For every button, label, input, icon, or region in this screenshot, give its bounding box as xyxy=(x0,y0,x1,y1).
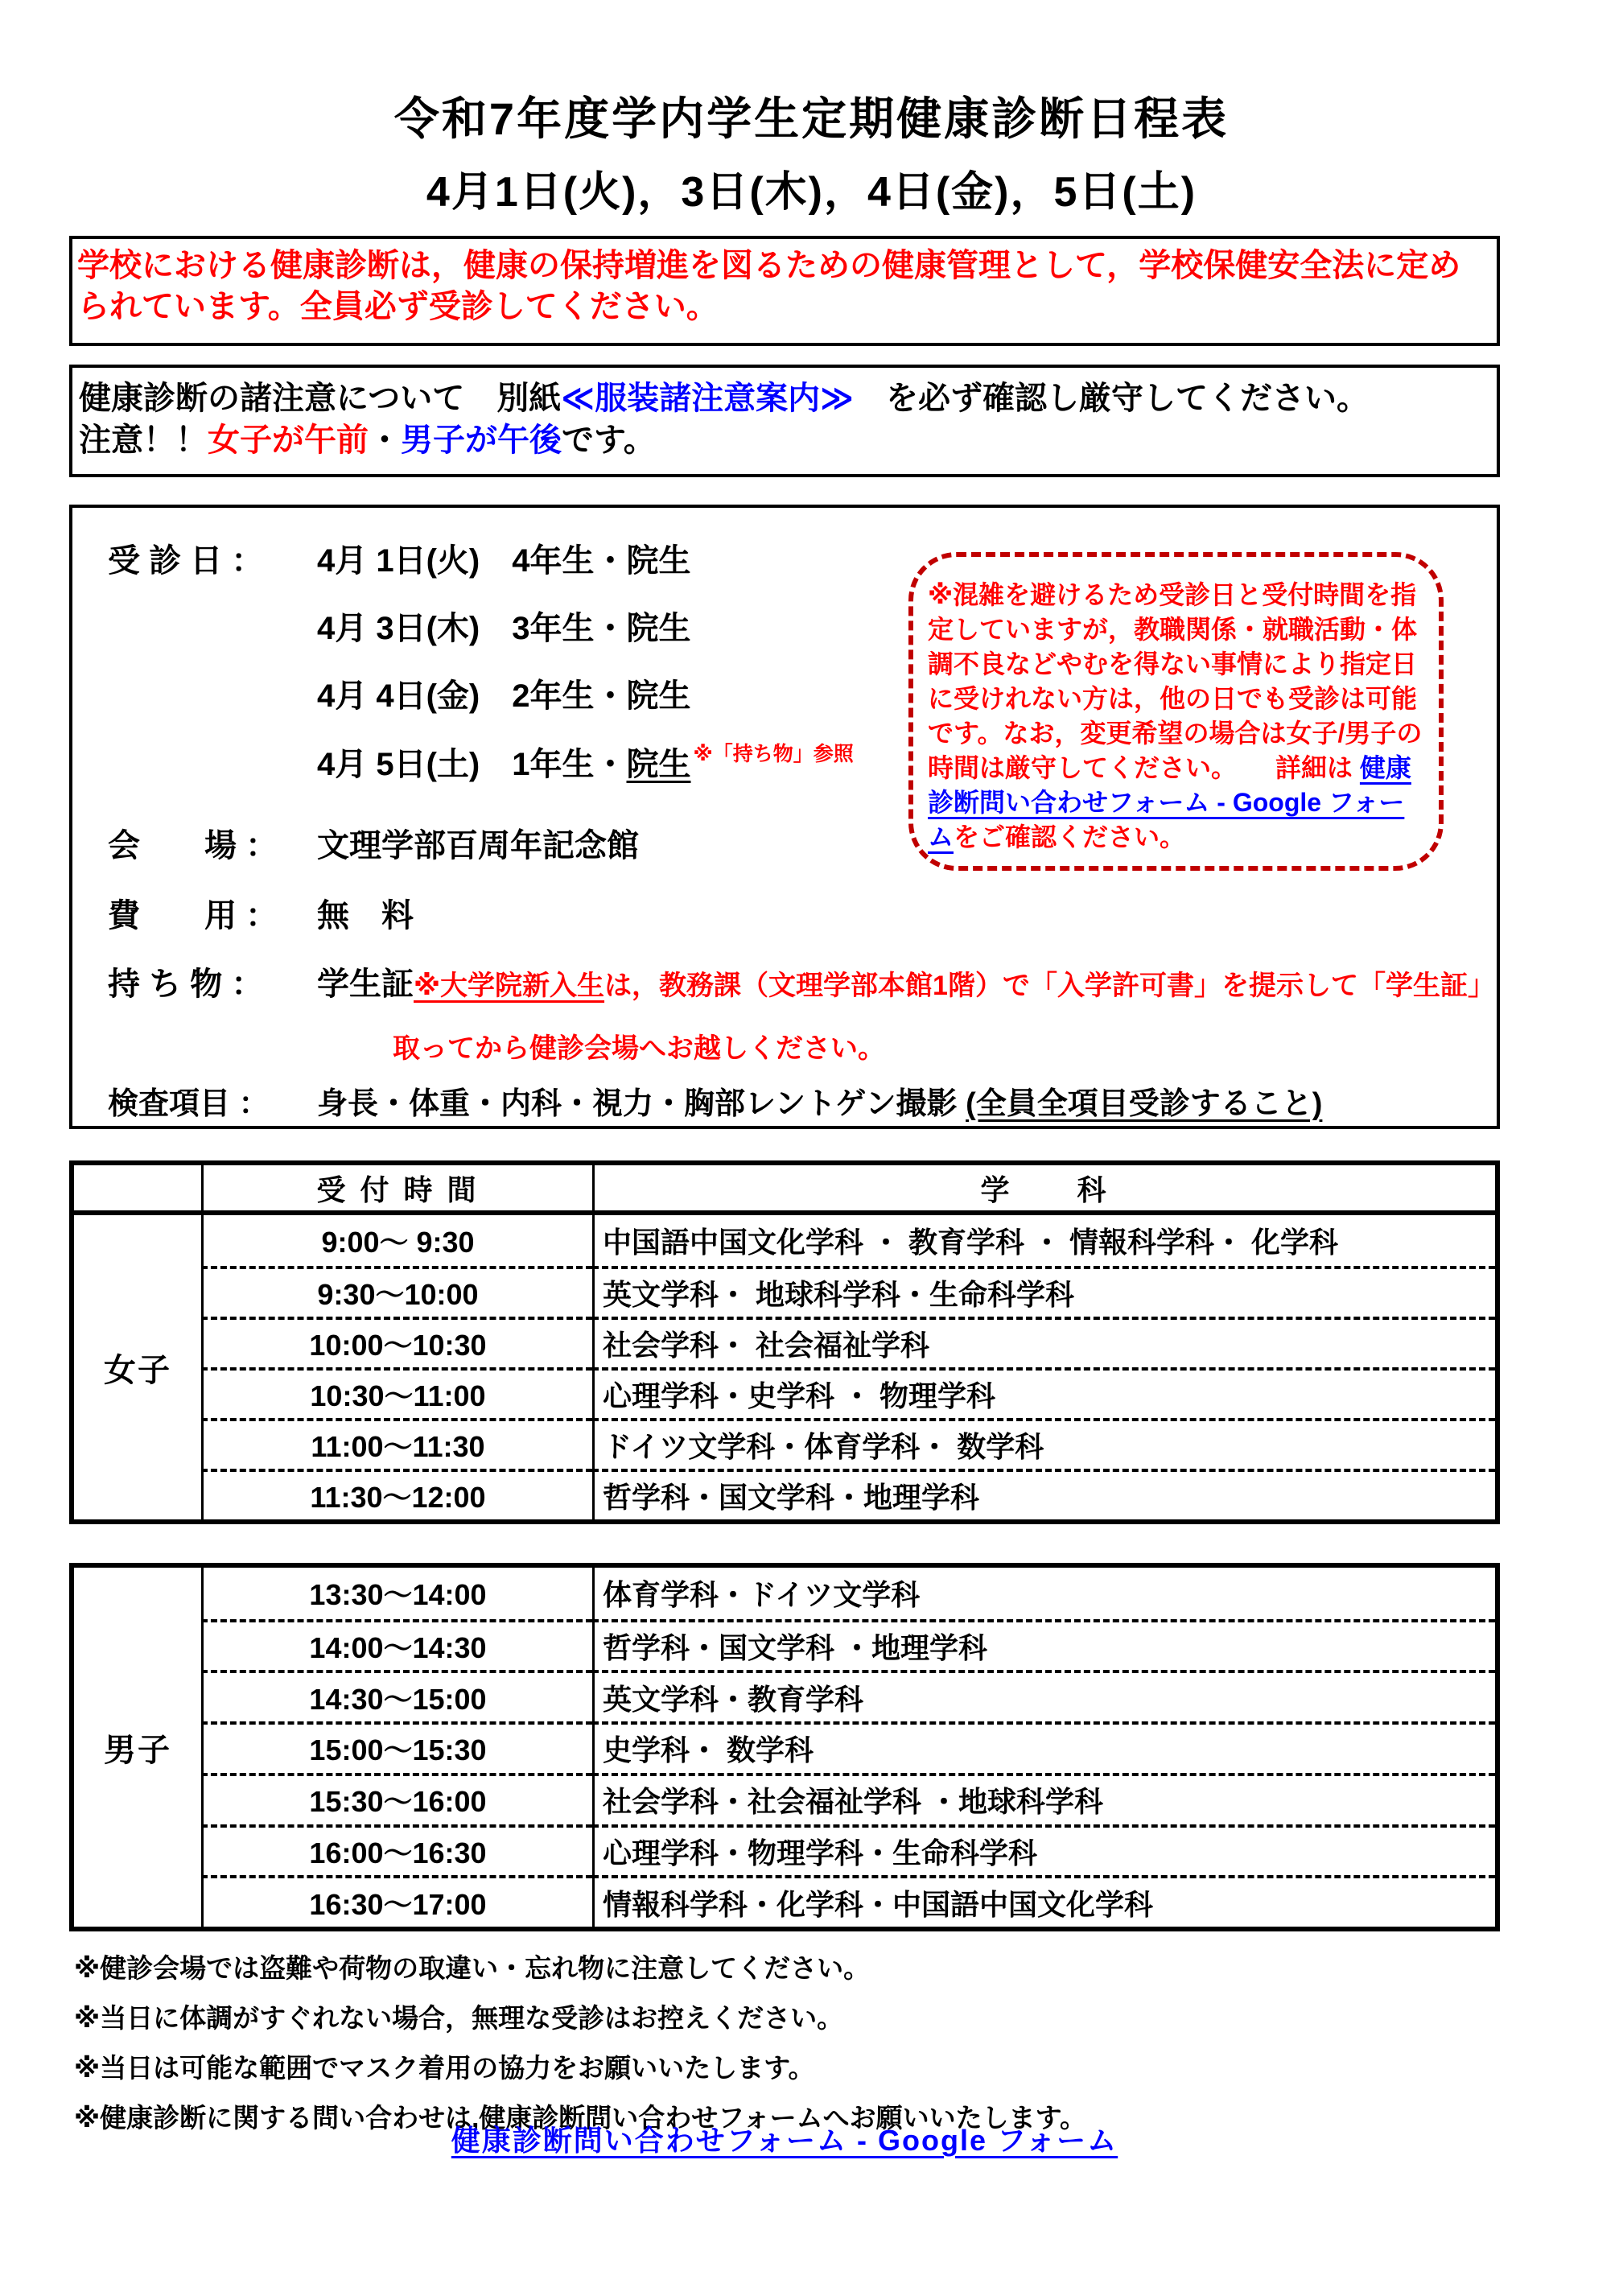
exam-info-box: 受 診 日 ：4月 1日(火)4年生・院生 4月 3日(木)3年生・院生 4月 … xyxy=(69,505,1500,1129)
schedule-row-time: 10:00～10:30 xyxy=(201,1317,592,1367)
schedule-row-departments: 英文学科・ 地球科学科・生命科学科 xyxy=(592,1266,1495,1317)
venue-label: 会 場 ： xyxy=(108,820,317,866)
schedule-row-time: 10:30～11:00 xyxy=(201,1367,592,1418)
fee-row: 費 用 ：無 料 xyxy=(108,890,1497,936)
schedule-row-departments: 史学科・ 数学科 xyxy=(592,1721,1495,1773)
footer-note: ※健診会場では盗難や荷物の取違い・忘れ物に注意してください。 xyxy=(74,1948,1086,1985)
schedule-row-time: 16:00～16:30 xyxy=(201,1824,592,1876)
congestion-note-body: ※混雑を避けるため受診日と受付時間を指定していますが，教職関係・就職活動・体調不… xyxy=(928,580,1422,782)
document-page: 令和7年度学内学生定期健康診断日程表 4月1日(火)，3日(木)，4日(金)，5… xyxy=(0,0,1623,2296)
exam-date: 4月 5日(土) xyxy=(317,747,480,782)
schedule-row-time: 15:30～16:00 xyxy=(201,1773,592,1824)
exam-grade: 4年生・院生 xyxy=(512,543,690,579)
schedule-row-time: 13:30～14:00 xyxy=(201,1568,592,1619)
schedule-row-time: 9:30～10:00 xyxy=(201,1266,592,1317)
dress-guide-reference: ≪服装諸注意案内≫ xyxy=(561,381,854,416)
male-afternoon-text: 男子が午後 xyxy=(401,423,562,458)
schedule-row-time: 14:00～14:30 xyxy=(201,1619,592,1671)
checkup-all-required-underlined: (全員全項目受診すること) xyxy=(966,1087,1322,1121)
schedule-header-gender-cell xyxy=(74,1165,201,1215)
footer-note: ※当日は可能な範囲でマスク着用の協力をお願いいたします。 xyxy=(74,2047,1086,2085)
schedule-row-departments: 心理学科・史学科 ・ 物理学科 xyxy=(592,1367,1495,1418)
schedule-row-departments: 中国語中国文化学科 ・ 教育学科 ・ 情報科学科・ 化学科 xyxy=(592,1215,1495,1266)
schedule-row-time: 9:00～ 9:30 xyxy=(201,1215,592,1266)
page-subtitle: 4月1日(火)，3日(木)，4日(金)，5日(土) xyxy=(0,158,1623,218)
schedule-row-time: 11:00～11:30 xyxy=(201,1418,592,1469)
belongings-red-note-line2: 取ってから健診会場へお越しください。 xyxy=(393,1026,1497,1066)
schedule-header-dept: 学 科 xyxy=(592,1165,1495,1215)
grad-newcomer-underlined: ※大学院新入生 xyxy=(414,971,604,1001)
schedule-row-departments: 心理学科・物理学科・生命科学科 xyxy=(592,1824,1495,1876)
attention-label: 注意！！ xyxy=(79,423,208,458)
fee-label: 費 用 ： xyxy=(108,890,317,936)
page-title: 令和7年度学内学生定期健康診断日程表 xyxy=(0,84,1623,148)
gender-label: 女子 xyxy=(74,1215,201,1519)
dress-notice-line1: 健康診断の諸注意について 別紙≪服装諸注意案内≫ を必ず確認し厳守してください。 xyxy=(79,377,1490,419)
schedule-row-time: 11:30～12:00 xyxy=(201,1469,592,1519)
exam-date: 4月 1日(火) xyxy=(317,543,480,579)
checkup-label: 検査項目 ： xyxy=(108,1078,317,1123)
congestion-note-box: ※混雑を避けるため受診日と受付時間を指定していますが，教職関係・就職活動・体調不… xyxy=(908,552,1444,871)
schedule-row-departments: ドイツ文学科・体育学科・ 数学科 xyxy=(592,1418,1495,1469)
schedule-row-time: 16:30～17:00 xyxy=(201,1875,592,1927)
exam-date: 4月 3日(木) xyxy=(317,611,480,646)
schedule-row-departments: 社会学科・ 社会福祉学科 xyxy=(592,1317,1495,1367)
belongings-label: 持 ち 物 ： xyxy=(108,958,317,1004)
dress-notice-post: を必ず確認し厳守してください。 xyxy=(854,381,1369,416)
schedule-header-time: 受 付 時 間 xyxy=(201,1165,592,1215)
schedule-row-departments: 哲学科・国文学科・地理学科 xyxy=(592,1469,1495,1519)
dress-notice-pre: 健康診断の諸注意について 別紙 xyxy=(79,381,561,416)
footer-note: ※当日に体調がすぐれない場合，無理な受診はお控えください。 xyxy=(74,1997,1086,2035)
dress-notice-line2: 注意！！女子が午前・男子が午後です。 xyxy=(79,419,1490,461)
exam-grade: 2年生・院生 xyxy=(512,678,690,714)
schedule-row-time: 14:30～15:00 xyxy=(201,1670,592,1721)
grad-student-underlined: 院生 xyxy=(627,747,691,782)
inquiry-form-footer-link[interactable]: 健康診断問い合わせフォーム - Google フォーム xyxy=(451,2124,1118,2157)
schedule-row-departments: 哲学科・国文学科 ・地理学科 xyxy=(592,1619,1495,1671)
student-id-text: 学生証 xyxy=(317,967,414,1002)
law-notice-box: 学校における健康診断は，健康の保持増進を図るための健康管理として，学校保健安全法… xyxy=(69,236,1500,346)
gender-label: 男子 xyxy=(74,1568,201,1927)
dress-notice-line2-post: です。 xyxy=(562,423,656,458)
belongings-row: 持 ち 物 ：学生証※大学院新入生は，教務課（文理学部本館1階）で「入学許可書」… xyxy=(108,958,1497,1004)
checkup-items: 身長・体重・内科・視力・胸部レントゲン撮影 xyxy=(317,1087,966,1121)
exam-date: 4月 4日(金) xyxy=(317,678,480,714)
exam-grade: 1年生・ xyxy=(512,747,626,782)
congestion-detail-post: をご確認ください。 xyxy=(954,822,1185,851)
venue-value: 文理学部百周年記念館 xyxy=(317,828,639,864)
law-notice-text: 学校における健康診断は，健康の保持増進を図るための健康管理として，学校保健安全法… xyxy=(77,248,1460,324)
schedule-row-departments: 情報科学科・化学科・中国語中国文化学科 xyxy=(592,1875,1495,1927)
exam-grade: 3年生・院生 xyxy=(512,611,690,646)
schedule-row-departments: 社会学科・社会福祉学科 ・地球科学科 xyxy=(592,1773,1495,1824)
exam-day-label: 受 診 日 ： xyxy=(108,535,317,581)
checkup-row: 検査項目 ：身長・体重・内科・視力・胸部レントゲン撮影 (全員全項目受診すること… xyxy=(108,1078,1497,1123)
fee-value: 無 料 xyxy=(317,898,414,934)
female-schedule-table: 受 付 時 間学 科女子9:00～ 9:30中国語中国文化学科 ・ 教育学科 ・… xyxy=(69,1160,1500,1524)
male-schedule-table: 男子13:30～14:00体育学科・ドイツ文学科14:00～14:30哲学科・国… xyxy=(69,1563,1500,1931)
schedule-row-time: 15:00～15:30 xyxy=(201,1721,592,1773)
schedule-row-departments: 体育学科・ドイツ文学科 xyxy=(592,1568,1495,1619)
separator-dot: ・ xyxy=(369,423,401,458)
female-morning-text: 女子が午前 xyxy=(208,423,369,458)
schedule-row-departments: 英文学科・教育学科 xyxy=(592,1670,1495,1721)
belongings-reference-note: ※「持ち物」参照 xyxy=(694,743,854,765)
congestion-detail-pre: 詳細は xyxy=(1224,753,1360,782)
dress-notice-box: 健康診断の諸注意について 別紙≪服装諸注意案内≫ を必ず確認し厳守してください。… xyxy=(69,365,1500,477)
footer-link-container: 健康診断問い合わせフォーム - Google フォーム xyxy=(0,2118,1569,2159)
belongings-red-note: は，教務課（文理学部本館1階）で「入学許可書」を提示して「学生証」を受け xyxy=(604,971,1500,1001)
footer-notes: ※健診会場では盗難や荷物の取違い・忘れ物に注意してください。 ※当日に体調がすぐ… xyxy=(74,1948,1086,2147)
